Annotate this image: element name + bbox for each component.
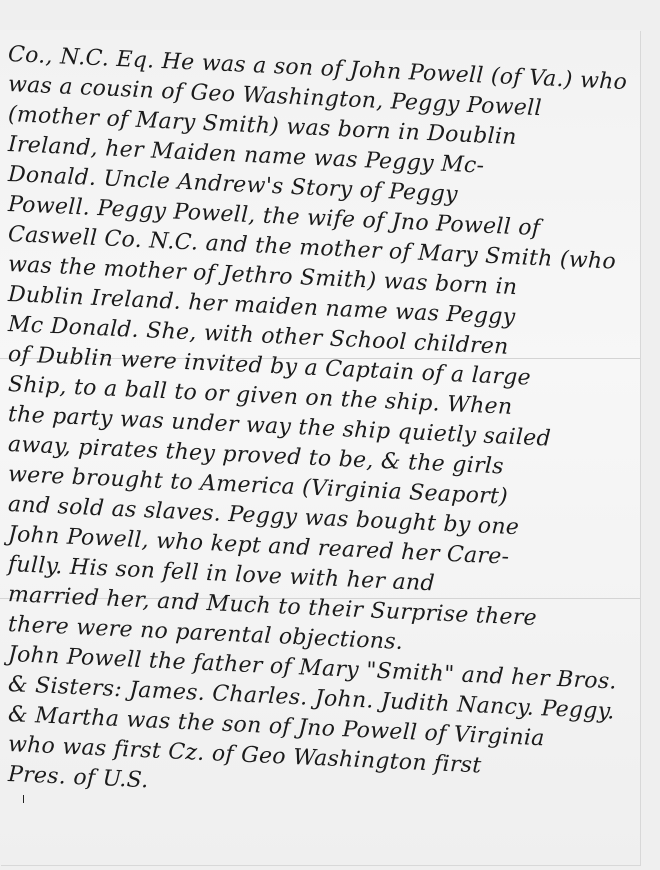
handwritten-text: Co., N.C. Eq. He was a son of John Powel… [8, 40, 633, 790]
ink-mark [23, 795, 24, 803]
